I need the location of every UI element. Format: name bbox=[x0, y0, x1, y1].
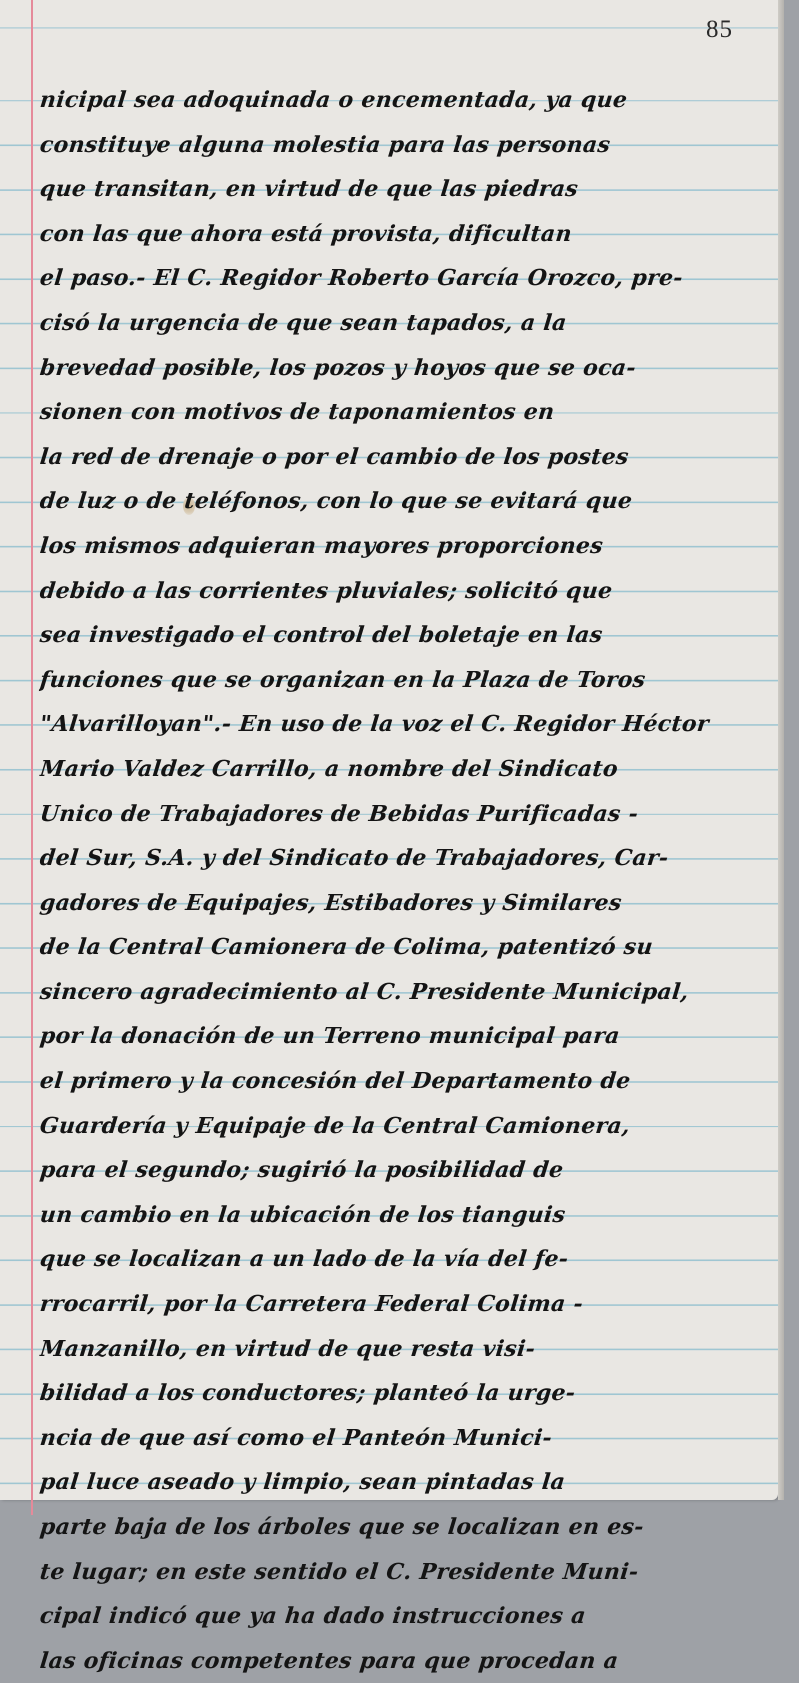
text-line: funciones que se organizan en la Plaza d… bbox=[38, 658, 773, 703]
text-line: bilidad a los conductores; planteó la ur… bbox=[38, 1371, 773, 1416]
text-line: nicipal sea adoquinada o encementada, ya… bbox=[38, 78, 773, 123]
margin-line bbox=[31, 0, 33, 1515]
text-line: Manzanillo, en virtud de que resta visi- bbox=[38, 1327, 773, 1372]
page-number: 85 bbox=[706, 16, 733, 44]
text-line: el paso.- El C. Regidor Roberto García O… bbox=[38, 256, 773, 301]
text-line: parte baja de los árboles que se localiz… bbox=[38, 1505, 773, 1515]
text-line: Mario Valdez Carrillo, a nombre del Sind… bbox=[38, 747, 773, 792]
text-line: con las que ahora está provista, dificul… bbox=[38, 212, 773, 257]
text-line: de la Central Camionera de Colima, paten… bbox=[38, 925, 773, 970]
text-line: sionen con motivos de taponamientos en bbox=[38, 390, 773, 435]
text-line: "Alvarilloyan".- En uso de la voz el C. … bbox=[38, 702, 773, 747]
text-line: un cambio en la ubicación de los tiangui… bbox=[38, 1193, 773, 1238]
text-line: por la donación de un Terreno municipal … bbox=[38, 1014, 773, 1059]
text-line: sea investigado el control del boletaje … bbox=[38, 613, 773, 658]
text-line: para el segundo; sugirió la posibilidad … bbox=[38, 1148, 773, 1193]
text-line: que se localizan a un lado de la vía del… bbox=[38, 1237, 773, 1282]
text-line: del Sur, S.A. y del Sindicato de Trabaja… bbox=[38, 836, 773, 881]
text-line: cisó la urgencia de que sean tapados, a … bbox=[38, 301, 773, 346]
text-line: ncia de que así como el Panteón Munici- bbox=[38, 1416, 773, 1461]
handwritten-text-block: nicipal sea adoquinada o encementada, ya… bbox=[40, 78, 770, 1515]
text-line: Guardería y Equipaje de la Central Camio… bbox=[38, 1104, 773, 1149]
text-line: de luz o de teléfonos, con lo que se evi… bbox=[38, 479, 773, 524]
text-line: pal luce aseado y limpio, sean pintadas … bbox=[38, 1460, 773, 1505]
notebook-page: 85 nicipal sea adoquinada o encementada,… bbox=[0, 0, 778, 1500]
text-line: rrocarril, por la Carretera Federal Coli… bbox=[38, 1282, 773, 1327]
text-line: la red de drenaje o por el cambio de los… bbox=[38, 435, 773, 480]
text-line: el primero y la concesión del Departamen… bbox=[38, 1059, 773, 1104]
text-line: constituye alguna molestia para las pers… bbox=[38, 123, 773, 168]
text-line: gadores de Equipajes, Estibadores y Simi… bbox=[38, 881, 773, 926]
text-line: debido a las corrientes pluviales; solic… bbox=[38, 569, 773, 614]
text-line: brevedad posible, los pozos y hoyos que … bbox=[38, 346, 773, 391]
text-line: que transitan, en virtud de que las pied… bbox=[38, 167, 773, 212]
text-line: los mismos adquieran mayores proporcione… bbox=[38, 524, 773, 569]
text-line: sincero agradecimiento al C. Presidente … bbox=[38, 970, 773, 1015]
text-line: Unico de Trabajadores de Bebidas Purific… bbox=[38, 792, 773, 837]
